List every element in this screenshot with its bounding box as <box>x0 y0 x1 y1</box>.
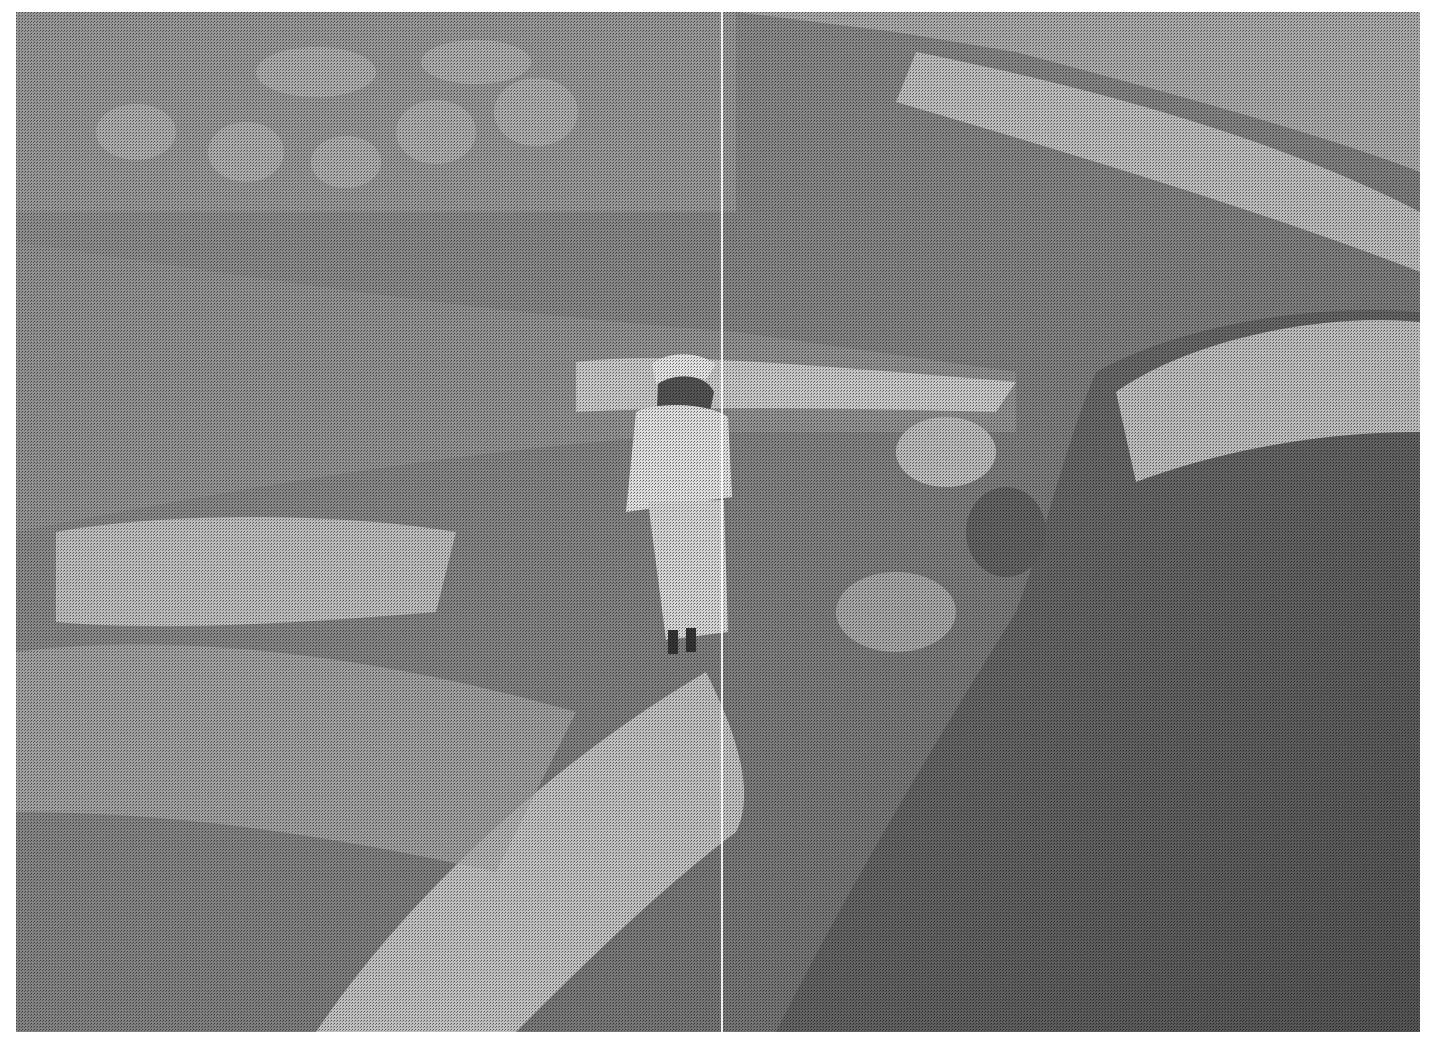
halftone-scene <box>16 12 1420 1032</box>
photograph <box>16 12 1420 1032</box>
halftone-texture <box>16 12 1420 1032</box>
scan-fold-line <box>721 0 723 1041</box>
